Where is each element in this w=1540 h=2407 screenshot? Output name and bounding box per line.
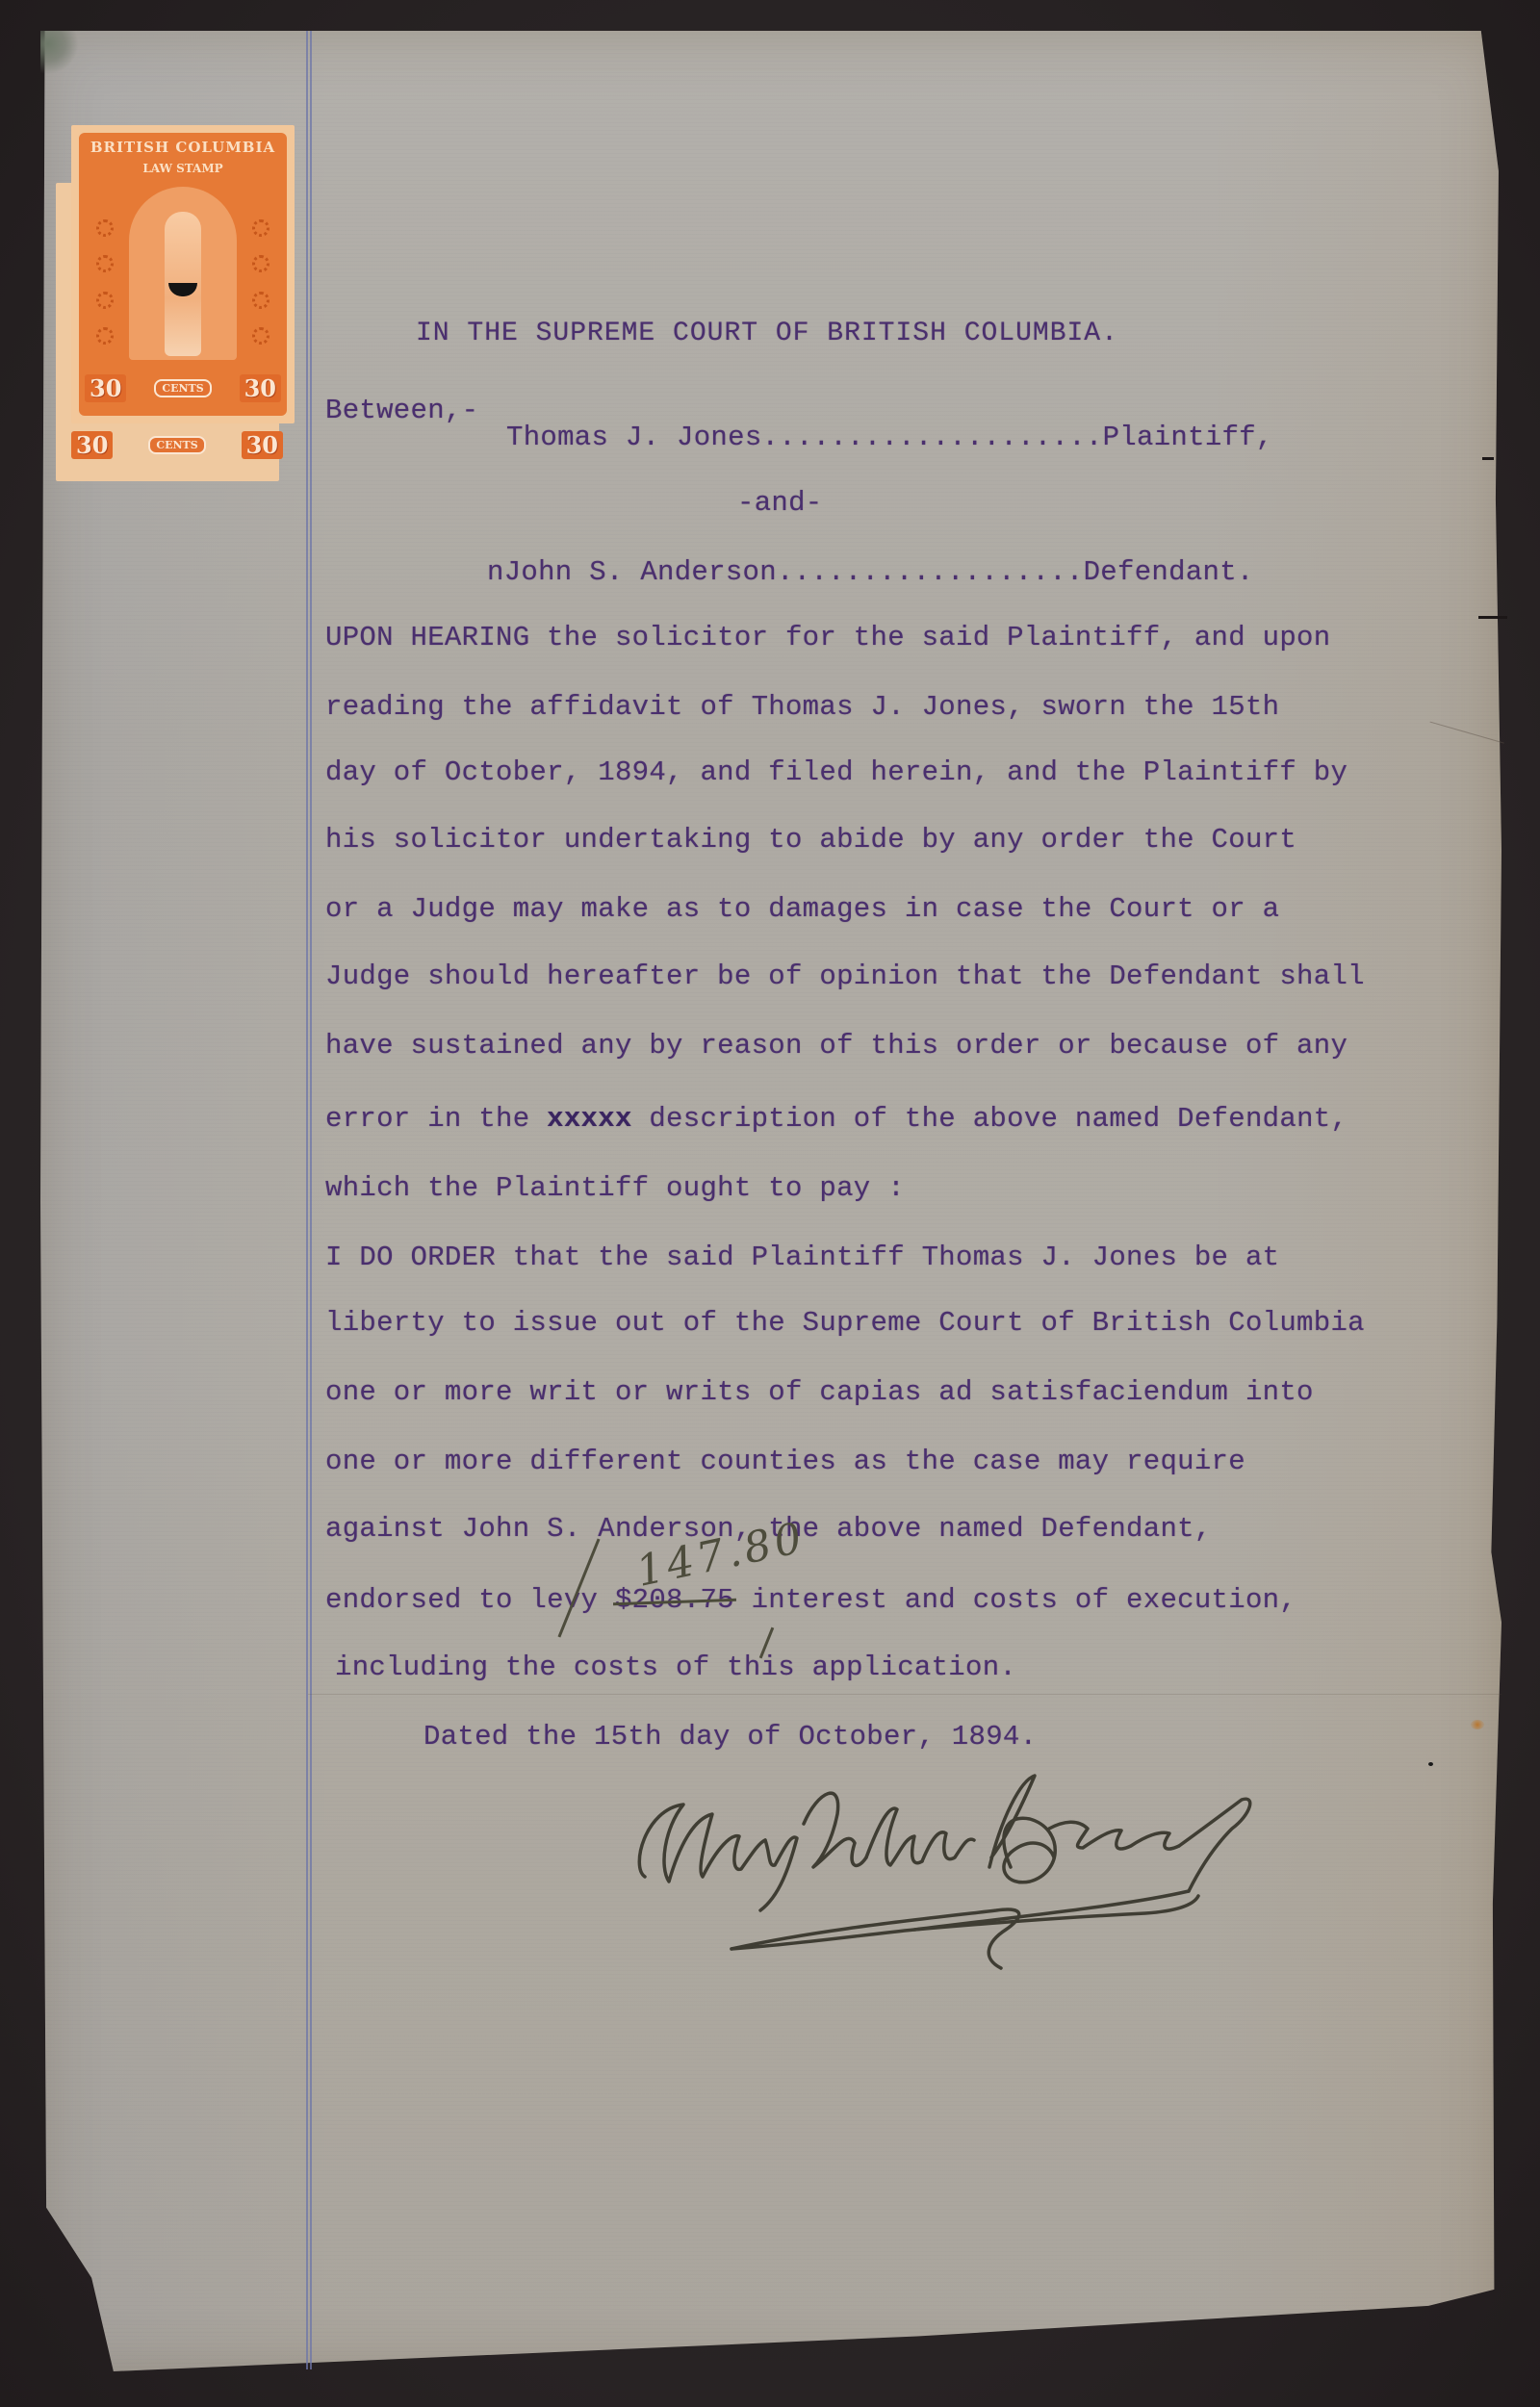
stamp-value-right: 30 — [240, 374, 281, 402]
stamp-rosettes-right — [244, 210, 277, 354]
dated-line: Dated the 15th day of October, 1894. — [423, 1723, 1037, 1751]
body-line: day of October, 1894, and filed herein, … — [325, 758, 1347, 786]
rosette-icon — [252, 255, 269, 272]
order-line: liberty to issue out of the Supreme Cour… — [325, 1309, 1365, 1337]
error-line-after: description of the above named Defendant… — [632, 1103, 1348, 1135]
pay-line: which the Plaintiff ought to pay : — [325, 1174, 905, 1202]
order-line: one or more different counties as the ca… — [325, 1447, 1245, 1475]
rosette-icon — [252, 327, 269, 345]
rosette-icon — [96, 292, 114, 309]
rosette-icon — [252, 292, 269, 309]
plaintiff-line: Thomas J. Jones....................Plain… — [506, 423, 1273, 451]
body-line: or a Judge may make as to damages in cas… — [325, 895, 1279, 923]
error-line: error in the xxxxx description of the ab… — [325, 1105, 1347, 1133]
stamp-unit: CENTS — [154, 379, 211, 397]
stamp-value-right: 30 — [242, 431, 283, 459]
order-line: one or more writ or writs of capias ad s… — [325, 1378, 1314, 1406]
judge-signature — [626, 1761, 1376, 1983]
rosette-icon — [96, 255, 114, 272]
body-line: reading the affidavit of Thomas J. Jones… — [325, 693, 1279, 721]
edge-tear-mark — [1478, 616, 1507, 619]
error-line-before: error in the — [325, 1103, 547, 1135]
margin-rule-line — [306, 31, 312, 2369]
body-line: have sustained any by reason of this ord… — [325, 1032, 1347, 1060]
stamp-value-left: 30 — [71, 431, 113, 459]
between-label: Between,- — [325, 397, 478, 424]
costs-line: including the costs of this application. — [335, 1653, 1016, 1681]
levy-line: endorsed to levy $208.75 interest and co… — [325, 1586, 1296, 1614]
order-line: I DO ORDER that the said Plaintiff Thoma… — [325, 1243, 1279, 1271]
ink-dot — [1428, 1762, 1433, 1766]
court-heading: IN THE SUPREME COURT OF BRITISH COLUMBIA… — [416, 320, 1118, 347]
stamp-subtitle: LAW STAMP — [89, 162, 277, 175]
body-line: Judge should hereafter be of opinion tha… — [325, 962, 1365, 990]
body-line: UPON HEARING the solicitor for the said … — [325, 624, 1330, 652]
levy-line-after: interest and costs of execution, — [734, 1584, 1296, 1616]
rosette-icon — [96, 219, 114, 237]
rosette-icon — [252, 219, 269, 237]
stamp-arch — [129, 187, 237, 360]
stamp-value-row: 30 CENTS 30 — [85, 371, 281, 404]
paper-fold — [308, 1694, 1501, 1695]
stamp-value-left: 30 — [85, 374, 126, 402]
law-stamp-lower-value-row: 30 CENTS 30 — [71, 428, 283, 461]
stamp-title: BRITISH COLUMBIA — [89, 139, 277, 156]
typed-over-xxxxx: xxxxx — [547, 1103, 632, 1135]
struck-amount: $208.75 — [615, 1586, 734, 1614]
stamp-unit: CENTS — [148, 436, 205, 454]
stamp-rosettes-left — [89, 210, 121, 354]
rosette-icon — [96, 327, 114, 345]
corner-stain — [40, 31, 79, 74]
law-stamp-upper: BRITISH COLUMBIA LAW STAMP 30 CENTS 30 — [71, 125, 295, 423]
body-line: his solicitor undertaking to abide by an… — [325, 826, 1296, 854]
edge-tear-mark — [1482, 457, 1494, 460]
and-separator: -and- — [737, 489, 823, 517]
rust-spot — [1471, 1720, 1484, 1729]
stamp-face: BRITISH COLUMBIA LAW STAMP 30 CENTS 30 — [79, 133, 287, 416]
defendant-line: nJohn S. Anderson..................Defen… — [487, 558, 1254, 586]
